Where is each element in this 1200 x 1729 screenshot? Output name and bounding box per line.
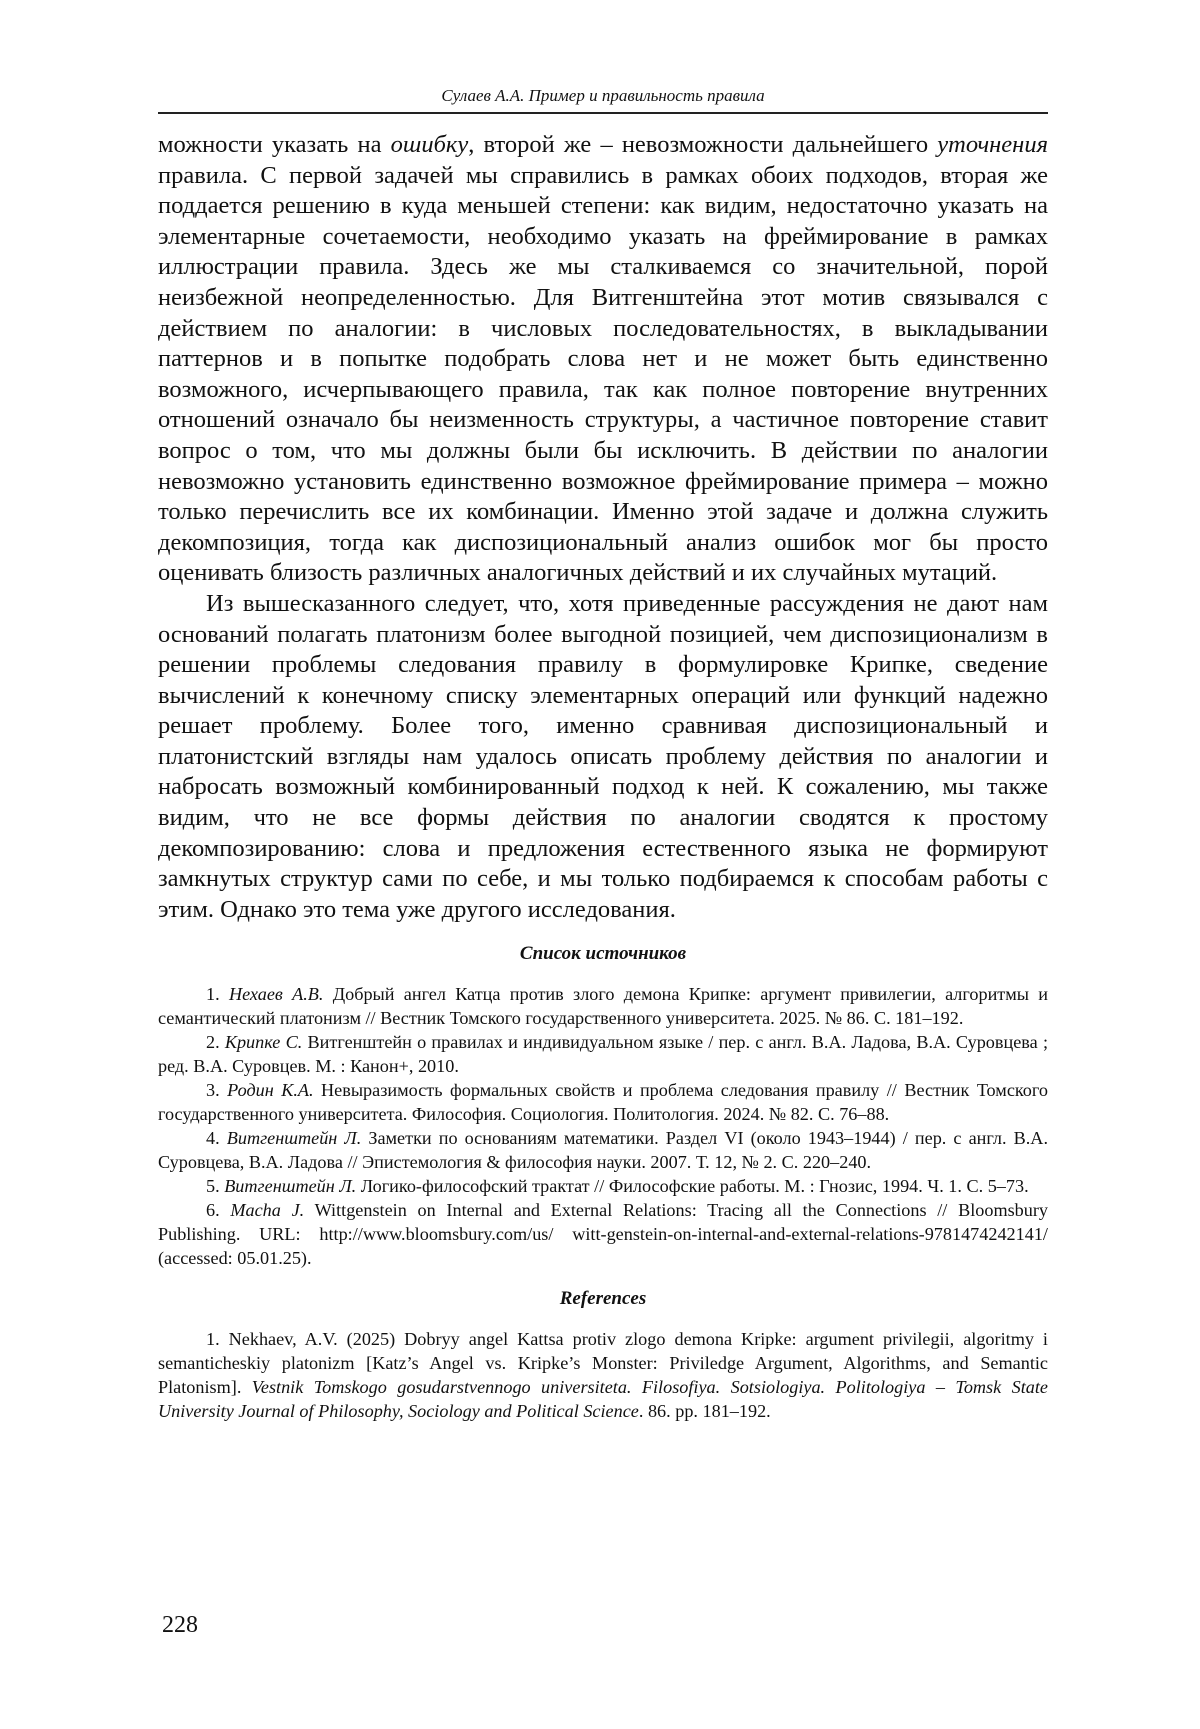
emphasis: ошибку <box>391 131 469 158</box>
source-item: 4. Витгенштейн Л. Заметки по основаниям … <box>158 1126 1048 1174</box>
paragraph-2: Из вышесказанного следует, что, хотя при… <box>158 589 1048 926</box>
source-item: 6. Macha J. Wittgenstein on Internal and… <box>158 1198 1048 1270</box>
emphasis: уточнения <box>937 131 1048 158</box>
running-header: Сулаев А.А. Пример и правильность правил… <box>158 86 1048 106</box>
sources-title: Список источников <box>158 939 1048 970</box>
source-item: 1. Нехаев А.В. Добрый ангел Катца против… <box>158 982 1048 1030</box>
page-number: 228 <box>162 1612 198 1639</box>
references-list: 1. Nekhaev, A.V. (2025) Dobryy angel Kat… <box>158 1327 1048 1423</box>
header-rule <box>158 112 1048 114</box>
sources-list: 1. Нехаев А.В. Добрый ангел Катца против… <box>158 982 1048 1270</box>
text: можности указать на <box>158 131 391 158</box>
reference-item: 1. Nekhaev, A.V. (2025) Dobryy angel Kat… <box>158 1327 1048 1423</box>
source-item: 2. Крипке С. Витгенштейн о правилах и ин… <box>158 1030 1048 1078</box>
text: , второй же – невозможности дальнейшего <box>468 131 937 158</box>
paragraph-1: можности указать на ошибку, второй же – … <box>158 130 1048 589</box>
text: правила. С первой задачей мы справились … <box>158 162 1048 587</box>
references-title: References <box>158 1284 1048 1315</box>
source-item: 5. Витгенштейн Л. Логико-философский тра… <box>158 1174 1048 1198</box>
article-body: можности указать на ошибку, второй же – … <box>158 130 1048 1423</box>
source-item: 3. Родин К.А. Невыразимость формальных с… <box>158 1078 1048 1126</box>
